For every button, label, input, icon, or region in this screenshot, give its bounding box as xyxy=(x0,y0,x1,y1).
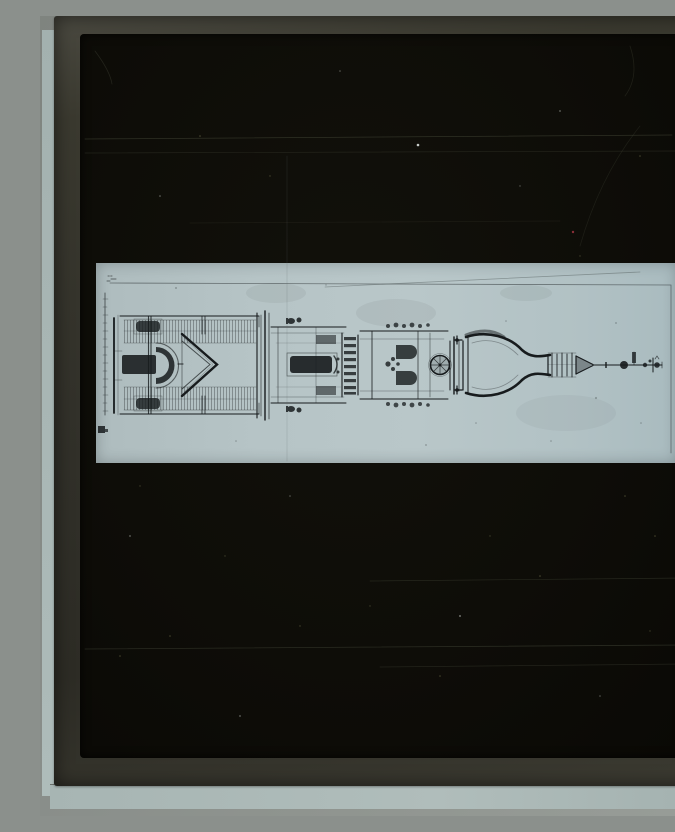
balustrade xyxy=(342,333,358,397)
ornament-crest xyxy=(386,323,430,408)
onion-dome xyxy=(466,331,550,396)
glass-plate-edge-left xyxy=(42,30,54,796)
foliage-ornament xyxy=(385,357,399,371)
lantern xyxy=(548,353,593,377)
portal-arch xyxy=(122,343,183,388)
church-tower-engraving-svg xyxy=(96,263,675,463)
corner-pinnacles xyxy=(454,336,462,394)
wing-window-upper xyxy=(136,321,160,332)
belfry-arch-upper xyxy=(396,345,417,359)
lantern-slide-photo xyxy=(40,16,675,816)
paper-mask-frame xyxy=(54,16,675,786)
tower-window xyxy=(290,356,332,373)
spire-finial xyxy=(593,352,662,372)
glass-plate-edge-bottom xyxy=(50,784,675,809)
clock-face xyxy=(429,354,452,377)
spire-ball xyxy=(620,361,628,369)
emulsion-black-field xyxy=(80,34,675,758)
pediment xyxy=(182,334,217,396)
exposure-band xyxy=(96,263,675,463)
belfry-arch-lower xyxy=(396,371,417,385)
second-storey xyxy=(271,318,346,413)
main-cornice xyxy=(257,311,269,420)
upper-cornice xyxy=(450,337,463,394)
wing-window-lower xyxy=(136,398,160,409)
belfry xyxy=(360,323,462,408)
